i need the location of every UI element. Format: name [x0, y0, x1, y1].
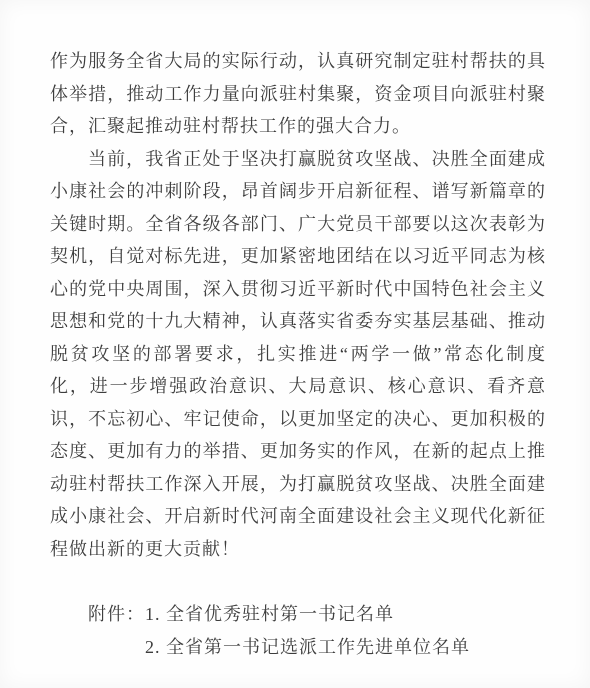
- document-body: 作为服务全省大局的实际行动，认真研究制定驻村帮扶的具 体举措，推动工作力量向派驻…: [50, 45, 546, 565]
- body-line: 作为服务全省大局的实际行动，认真研究制定驻村帮扶的具: [50, 45, 546, 78]
- body-line: 心的党中央周围，深入贯彻习近平新时代中国特色社会主义: [50, 273, 546, 306]
- body-line: 成小康社会、开启新时代河南全面建设社会主义现代化新征: [50, 500, 546, 533]
- body-line: 态度、更加有力的举措、更加务实的作风，在新的起点上推: [50, 435, 546, 468]
- attachment-row: 附件：1. 全省优秀驻村第一书记名单: [88, 598, 546, 631]
- body-line: 小康社会的冲刺阶段，昂首阔步开启新征程、谱写新篇章的: [50, 175, 546, 208]
- body-line: 动驻村帮扶工作深入开展，为打赢脱贫攻坚战、决胜全面建: [50, 468, 546, 501]
- body-line: 体举措，推动工作力量向派驻村集聚，资金项目向派驻村聚: [50, 78, 546, 111]
- attachment-row: 2. 全省第一书记选派工作先进单位名单: [88, 631, 546, 664]
- attachment-label: 附件：: [88, 604, 145, 624]
- body-line: 契机，自觉对标先进，更加紧密地团结在以习近平同志为核: [50, 240, 546, 273]
- body-line: 合，汇聚起推动驻村帮扶工作的强大合力。: [50, 110, 546, 143]
- body-line: 识，不忘初心、牢记使命，以更加坚定的决心、更加积极的: [50, 403, 546, 436]
- body-line: 关键时期。全省各级各部门、广大党员干部要以这次表彰为: [50, 208, 546, 241]
- body-line: 思想和党的十九大精神，认真落实省委夯实基层基础、推动: [50, 305, 546, 338]
- body-line: 当前，我省正处于坚决打赢脱贫攻坚战、决胜全面建成: [50, 143, 546, 176]
- body-line: 化，进一步增强政治意识、大局意识、核心意识、看齐意: [50, 370, 546, 403]
- body-line: 脱贫攻坚的部署要求，扎实推进“两学一做”常态化制度: [50, 338, 546, 371]
- attachment-list: 附件：1. 全省优秀驻村第一书记名单 2. 全省第一书记选派工作先进单位名单: [50, 598, 546, 663]
- attachment-item: 2. 全省第一书记选派工作先进单位名单: [145, 637, 470, 657]
- body-line: 程做出新的更大贡献！: [50, 533, 546, 566]
- attachment-item: 1. 全省优秀驻村第一书记名单: [145, 604, 394, 624]
- document-page: 作为服务全省大局的实际行动，认真研究制定驻村帮扶的具 体举措，推动工作力量向派驻…: [0, 0, 590, 688]
